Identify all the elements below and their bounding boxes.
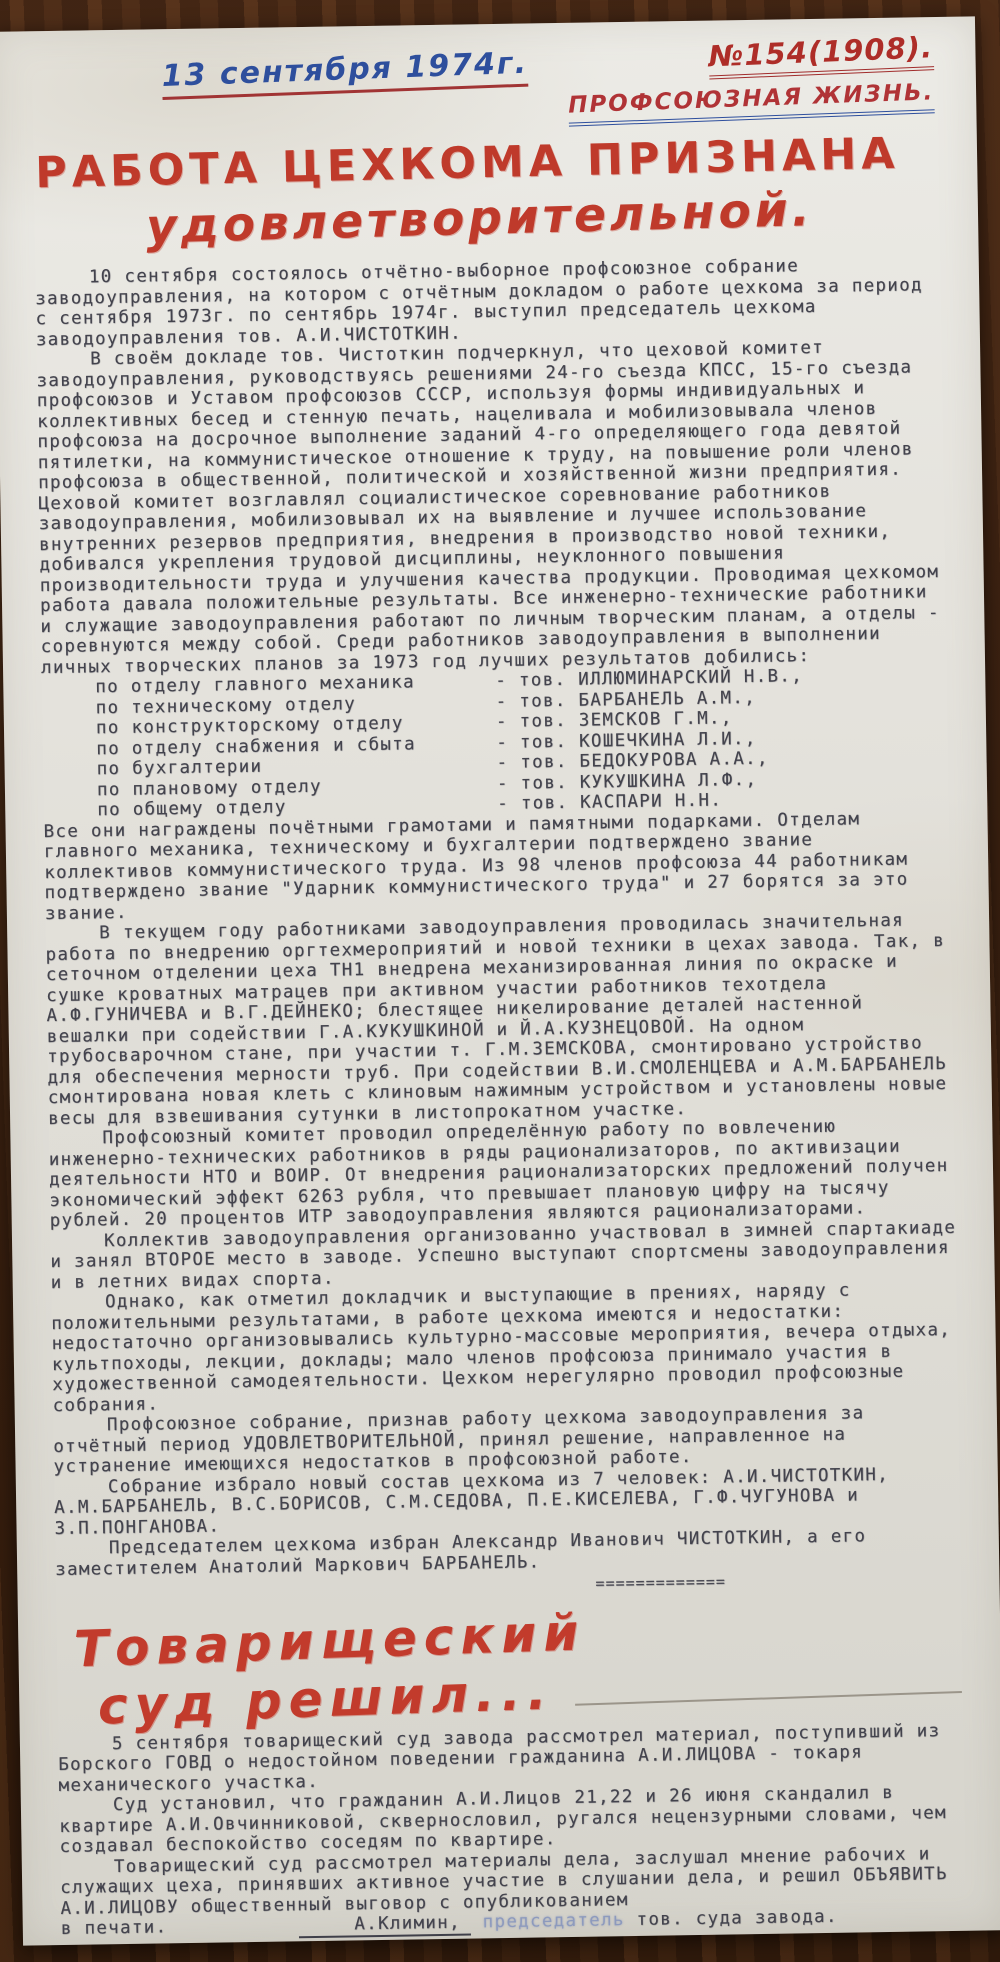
awards-paragraph: Все они награждены почётными грамотами и…: [43, 807, 952, 924]
body-paragraphs: В текущем году работниками заводоуправле…: [45, 910, 963, 1580]
issue-number: №154(1908).: [708, 30, 934, 79]
winners-list: по отделу главного механика - тов. ИЛЛЮМ…: [41, 664, 951, 822]
signature-name: А.Климин,: [298, 1913, 471, 1939]
closing-word: в печати.: [61, 1917, 168, 1939]
issue-date: 13 сентября 1974г.: [161, 46, 529, 100]
signature-org: тов. суда завода.: [636, 1907, 838, 1930]
page-header: 13 сентября 1974г. №154(1908). ПРОФСОЮЗН…: [31, 33, 940, 131]
winner-name: - тов. КАСПАРИ Н.Н.: [497, 790, 722, 814]
court-paragraphs: 5 сентября товарищеский суд завода рассм…: [58, 1720, 969, 1919]
paragraph: В своём докладе тов. Чистоткин подчеркну…: [36, 336, 949, 678]
ruled-line: [576, 1690, 962, 1705]
intro-paragraphs: 10 сентября состоялось отчётно-выборное …: [35, 254, 949, 678]
newspaper-page: 13 сентября 1974г. №154(1908). ПРОФСОЮЗН…: [0, 16, 1000, 1945]
union-article: РАБОТА ЦЕХКОМА ПРИЗНАНА удовлетворительн…: [33, 131, 964, 1603]
court-article: Товарищеский суд решил... 5 сентября тов…: [56, 1598, 969, 1939]
paragraph: В текущем году работниками заводоуправле…: [45, 910, 956, 1129]
typed-divider: =============: [595, 1568, 963, 1594]
paragraph: Профсоюзный комитет проводил определённу…: [48, 1115, 957, 1232]
court-title: Товарищеский суд решил...: [55, 1590, 966, 1736]
article-body: 10 сентября состоялось отчётно-выборное …: [35, 254, 964, 1603]
paragraph: 10 сентября состоялось отчётно-выборное …: [35, 254, 944, 350]
rubric-union-life: ПРОФСОЮЗНАЯ ЖИЗНЬ.: [567, 79, 934, 126]
signature-title: председатель: [483, 1910, 625, 1932]
header-right: №154(1908). ПРОФСОЮЗНАЯ ЖИЗНЬ.: [567, 33, 935, 123]
paragraph: Однако, как отметил докладчик и выступаю…: [51, 1279, 961, 1416]
court-body: 5 сентября товарищеский суд завода рассм…: [58, 1720, 969, 1939]
